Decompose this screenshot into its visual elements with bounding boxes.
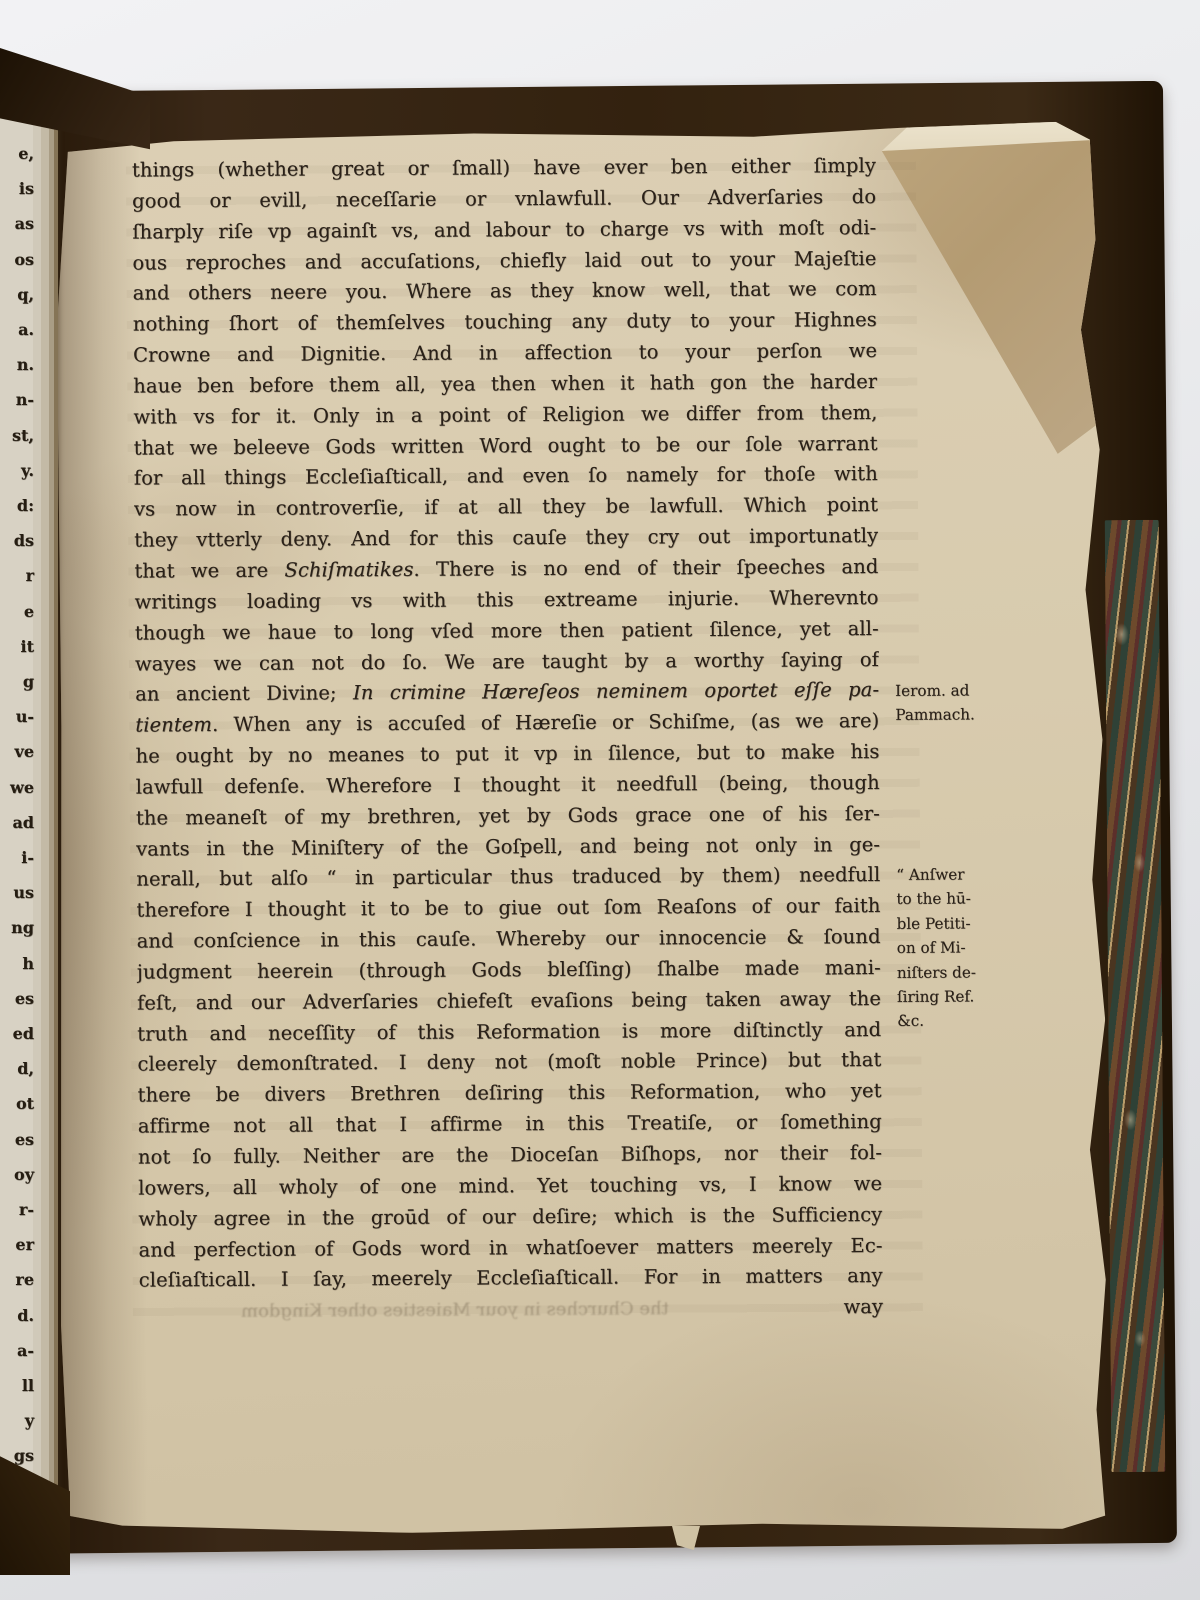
text-line: &c. <box>897 1009 1017 1034</box>
text-fragment: d, <box>17 1061 34 1077</box>
text-fragment: ll <box>22 1378 34 1394</box>
text-line: niſters de- <box>897 960 1017 985</box>
text-fragment: ot <box>16 1096 34 1112</box>
text-fragment: gs <box>14 1448 34 1464</box>
text-line: and perfection of Gods word in whatſoeve… <box>138 1231 882 1266</box>
facing-page-line-fragments: e,isasosq,a.n.n-st,y.d:dsreitgu-veweadi-… <box>0 100 58 1555</box>
show-through-mirrored-line: the Churches in your Maiesties other Kin… <box>125 1296 785 1326</box>
text-fragment: re <box>15 1272 34 1288</box>
text-line: wholy agree in the groūd of our deſire; … <box>138 1200 882 1235</box>
text-line: the meaneſt of my brethren, yet by Gods … <box>136 799 880 834</box>
facing-page-edge: e,isasosq,a.n.n-st,y.d:dsreitgu-veweadi-… <box>0 100 58 1555</box>
text-fragment: as <box>15 216 34 232</box>
text-line: good or evill, neceſſarie or vnlawfull. … <box>132 182 876 217</box>
text-line: lawfull defenſe. Wherefore I thought it … <box>136 768 880 803</box>
text-fragment: st, <box>12 428 34 444</box>
text-line: nothing ſhort of themſelves touching any… <box>133 305 877 340</box>
text-fragment: es <box>15 991 34 1007</box>
text-line: wayes we can not do ſo. We are taught by… <box>135 644 879 679</box>
text-fragment: n. <box>17 357 34 373</box>
text-line: they vtterly deny. And for this cauſe th… <box>134 521 878 556</box>
text-fragment: a- <box>17 1343 34 1359</box>
text-line: he ought by no meanes to put it vp in ſi… <box>135 737 879 772</box>
text-fragment: a. <box>18 322 34 338</box>
text-line: haue ben before them all, yea then when … <box>133 367 877 402</box>
text-line: to the hū- <box>896 887 1016 912</box>
text-line: Crowne and Dignitie. And in affection to… <box>133 336 877 371</box>
text-fragment: oy <box>14 1167 34 1183</box>
text-line: for all things Eccleſiaſticall, and even… <box>134 459 878 494</box>
text-line: there be divers Brethren deſiring this R… <box>138 1076 882 1111</box>
text-line: truth and neceſſity of this Reformation … <box>137 1015 881 1050</box>
text-fragment: ad <box>12 815 34 831</box>
text-line: ble Petiti- <box>896 911 1016 936</box>
text-fragment: ed <box>13 1026 34 1042</box>
text-line: affirme not all that I affirme in this T… <box>138 1107 882 1142</box>
text-line: tientem. When any is accuſed of Hæreſie … <box>135 706 879 741</box>
text-fragment: e, <box>18 146 34 162</box>
margin-note-answer-petition: “ Anſwerto the hū-ble Petiti-on of Mi-ni… <box>896 862 1017 1034</box>
text-line: vants in the Miniſtery of the Goſpell, a… <box>136 830 880 865</box>
marbled-endpaper <box>1105 520 1166 1472</box>
book-page: things (whether great or ſmall) have eve… <box>54 120 1113 1540</box>
text-fragment: h <box>22 956 34 972</box>
text-line: on of Mi- <box>897 935 1017 960</box>
text-fragment: we <box>10 780 34 796</box>
text-fragment: r <box>26 568 34 584</box>
text-fragment: is <box>19 181 34 197</box>
text-line: things (whether great or ſmall) have eve… <box>132 151 876 186</box>
text-line: with vs for it. Only in a point of Relig… <box>133 398 877 433</box>
text-line: cleerely demonſtrated. I deny not (moſt … <box>137 1045 881 1080</box>
printed-text-block: things (whether great or ſmall) have eve… <box>132 151 883 1297</box>
text-fragment: os <box>14 252 34 268</box>
text-fragment: er <box>15 1237 34 1253</box>
text-fragment: n- <box>16 392 34 408</box>
text-line: not ſo fully. Neither are the Dioceſan B… <box>138 1138 882 1173</box>
text-line: and conſcience in this cauſe. Whereby ou… <box>137 922 881 957</box>
text-line: vs now in controverſie, if at all they b… <box>134 490 878 525</box>
text-fragment: y. <box>21 463 34 479</box>
text-fragment: y <box>25 1413 34 1429</box>
text-fragment: u- <box>16 709 34 725</box>
text-line: ous reproches and accuſations, chiefly l… <box>132 244 876 279</box>
text-line: ſharply riſe vp againſt vs, and labour t… <box>132 213 876 248</box>
text-fragment: i- <box>21 850 34 866</box>
text-fragment: q, <box>17 287 34 303</box>
text-fragment: r- <box>19 1202 34 1218</box>
text-line: writings loading vs with this extreame i… <box>135 583 879 618</box>
text-fragment: ds <box>14 533 34 549</box>
text-line: Pammach. <box>895 703 1015 728</box>
text-line: judgment heerein (through Gods bleſſing)… <box>137 953 881 988</box>
text-line: therefore I thought it to be to giue out… <box>136 891 880 926</box>
text-line: cleſiaſticall. I ſay, meerely Eccleſiaſt… <box>139 1261 883 1296</box>
text-line: an ancient Divine; In crimine Hæreſeos n… <box>135 675 879 710</box>
text-line: though we haue to long vſed more then pa… <box>135 614 879 649</box>
margin-note-jerome: Ierom. adPammach. <box>895 678 1015 728</box>
text-fragment: ng <box>11 920 34 936</box>
text-line: that we are Schiſmatikes. There is no en… <box>134 552 878 587</box>
book-photograph: things (whether great or ſmall) have eve… <box>0 0 1200 1600</box>
text-line: nerall, but alſo “ in particular thus tr… <box>136 860 880 895</box>
text-line: feſt, and our Adverſaries chiefeſt evaſi… <box>137 984 881 1019</box>
text-line: Ierom. ad <box>895 678 1015 703</box>
text-fragment: ve <box>15 744 34 760</box>
text-fragment: us <box>13 885 34 901</box>
text-line: “ Anſwer <box>896 862 1016 887</box>
text-line: that we beleeve Gods written Word ought … <box>134 429 878 464</box>
text-fragment: d. <box>17 1308 34 1324</box>
text-fragment: es <box>15 1132 34 1148</box>
text-line: ſiring Ref. <box>897 984 1017 1009</box>
text-fragment: it <box>21 639 34 655</box>
text-fragment: g <box>23 674 34 690</box>
text-line: lowers, all wholy of one mind. Yet touch… <box>138 1169 882 1204</box>
text-fragment: e <box>24 604 34 620</box>
text-line: and others neere you. Where as they know… <box>133 274 877 309</box>
text-fragment: d: <box>17 498 34 514</box>
